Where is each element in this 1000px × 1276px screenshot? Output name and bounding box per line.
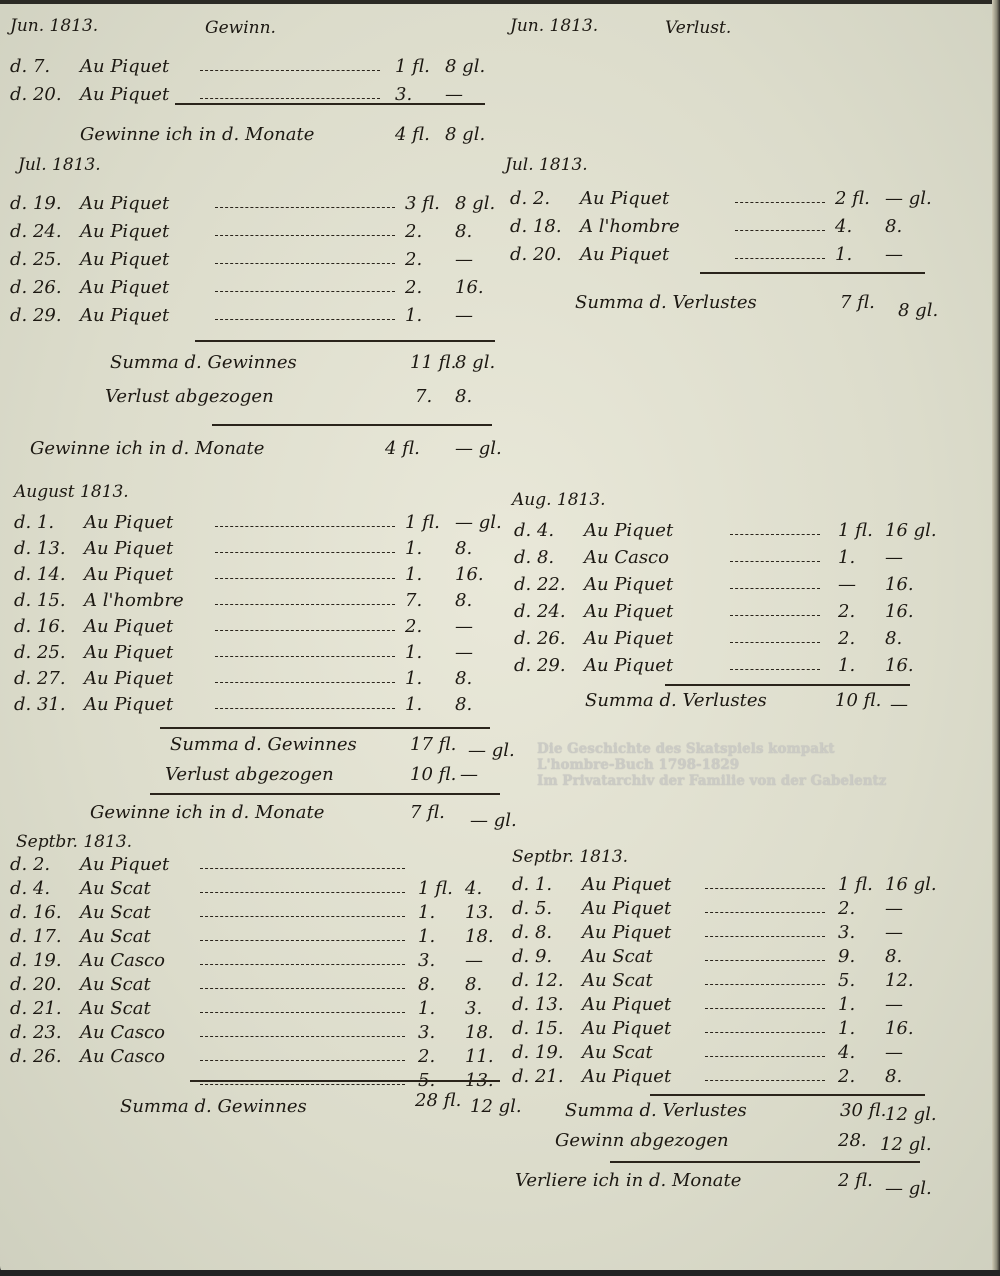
row-game: Au Casco [80, 1046, 210, 1067]
row-date: d. 2. [10, 854, 80, 875]
row-gulden: 1 fl. [838, 520, 873, 541]
page-top-edge [0, 0, 1000, 4]
row-date: d. 29. [514, 655, 584, 676]
row-game: Au Piquet [580, 244, 710, 265]
ledger-row: d. 19.Au Scat [512, 1042, 712, 1066]
ditto-dashes [705, 1080, 825, 1081]
sum-fl: 17 fl. [410, 734, 456, 755]
ditto-dashes [200, 1060, 405, 1061]
month-heading: Jun. 1813. [10, 16, 98, 36]
row-date: d. 20. [10, 974, 80, 995]
row-gulden: 1. [405, 642, 422, 663]
ledger-row: d. 18.A l'hombre [510, 216, 710, 240]
sum-fl: 10 fl. [835, 690, 881, 711]
row-gulden: 2. [405, 221, 422, 242]
row-gulden: 8. [418, 974, 435, 995]
ledger-row: d. 21.Au Scat [10, 998, 210, 1022]
sum-label: Summa d. Gewinnes [170, 734, 357, 755]
ditto-dashes [200, 868, 405, 869]
total-gr: 8 gl. [445, 124, 485, 145]
row-groschen: 16. [885, 601, 914, 622]
page-right-edge [992, 0, 1000, 1276]
row-groschen: 8. [455, 538, 472, 559]
ledger-row: d. 31.Au Piquet [14, 694, 214, 718]
ledger-row: d. 23.Au Casco [10, 1022, 210, 1046]
row-date: d. 20. [510, 244, 580, 265]
watermark-line: Im Privatarchiv der Familie von der Gabe… [537, 773, 886, 789]
row-gulden: 1. [405, 694, 422, 715]
row-game: Au Scat [582, 970, 712, 991]
row-date: d. 15. [14, 590, 84, 611]
ledger-row: d. 2.Au Piquet [10, 854, 210, 878]
row-game: Au Piquet [84, 642, 214, 663]
ditto-dashes [215, 604, 395, 605]
row-groschen: 8. [885, 628, 902, 649]
ditto-dashes [215, 578, 395, 579]
row-game: Au Piquet [582, 1066, 712, 1087]
row-date: d. 9. [512, 946, 582, 967]
sum-fl: 28 fl. [415, 1090, 461, 1111]
ledger-row: d. 15.A l'hombre [14, 590, 214, 614]
row-gulden: 2. [838, 898, 855, 919]
row-date: d. 19. [10, 193, 80, 214]
row-groschen: 4. [465, 878, 482, 899]
row-gulden: 1 fl. [405, 512, 440, 533]
row-date: d. 26. [10, 277, 80, 298]
row-gulden: 3. [418, 950, 435, 971]
ditto-dashes [200, 940, 405, 941]
row-groschen: 8. [455, 590, 472, 611]
rule [150, 793, 500, 795]
ledger-row [10, 1070, 210, 1094]
total-fl: 4 fl. [385, 438, 420, 459]
row-groschen: 8 gl. [455, 193, 495, 214]
row-groschen: — gl. [885, 188, 932, 209]
row-groschen: — [455, 305, 473, 326]
row-date: d. 16. [10, 902, 80, 923]
row-groschen: — [885, 994, 903, 1015]
month-heading: Jun. 1813. [510, 16, 598, 36]
total-fl: 7 fl. [410, 802, 445, 823]
ledger-row: d. 29.Au Piquet [10, 305, 210, 329]
ditto-dashes [730, 588, 820, 589]
ditto-dashes [200, 916, 405, 917]
row-gulden: 1. [838, 1018, 855, 1039]
row-groschen: — [885, 244, 903, 265]
row-groschen: 12. [885, 970, 914, 991]
ledger-row: d. 19.Au Casco [10, 950, 210, 974]
row-game: Au Piquet [80, 305, 210, 326]
ditto-dashes [735, 202, 825, 203]
row-date: d. 27. [14, 668, 84, 689]
row-gulden: 2. [838, 1066, 855, 1087]
row-date: d. 17. [10, 926, 80, 947]
row-gulden: 1. [418, 902, 435, 923]
ditto-dashes [215, 630, 395, 631]
row-date: d. 4. [10, 878, 80, 899]
row-gulden: 5. [838, 970, 855, 991]
row-date: d. 21. [512, 1066, 582, 1087]
row-groschen: 8 gl. [445, 56, 485, 77]
row-date: d. 22. [514, 574, 584, 595]
row-gulden: 9. [838, 946, 855, 967]
row-date: d. 31. [14, 694, 84, 715]
row-game: Au Piquet [584, 655, 714, 676]
row-gulden: — [838, 574, 856, 595]
ledger-row: d. 24.Au Piquet [10, 221, 210, 245]
row-gulden: 1. [405, 564, 422, 585]
ledger-row: d. 5.Au Piquet [512, 898, 712, 922]
ledger-row: d. 8.Au Piquet [512, 922, 712, 946]
sum-gr: 12 gl. [470, 1096, 522, 1117]
sum-fl: 30 fl. [840, 1100, 886, 1121]
row-game: Au Piquet [84, 512, 214, 533]
row-gulden: 1. [405, 305, 422, 326]
row-date: d. 1. [512, 874, 582, 895]
ledger-row: d. 22.Au Piquet [514, 574, 714, 598]
row-game: Au Piquet [84, 538, 214, 559]
ledger-row: d. 26.Au Piquet [10, 277, 210, 301]
ledger-row: d. 2.Au Piquet [510, 188, 710, 212]
row-date: d. 1. [14, 512, 84, 533]
row-groschen: — gl. [455, 512, 502, 533]
rule [700, 272, 925, 274]
rule [190, 1080, 500, 1082]
ditto-dashes [705, 1056, 825, 1057]
ditto-dashes [730, 615, 820, 616]
row-gulden: 2. [838, 628, 855, 649]
row-gulden: 2. [405, 249, 422, 270]
ditto-dashes [200, 1084, 405, 1085]
row-groschen: — [465, 950, 483, 971]
ledger-row: d. 4.Au Scat [10, 878, 210, 902]
ledger-row: d. 26.Au Piquet [514, 628, 714, 652]
ledger-row: d. 12.Au Scat [512, 970, 712, 994]
deduct-gr: 8. [455, 386, 472, 407]
ditto-dashes [735, 258, 825, 259]
deduct-fl: 10 fl. [410, 764, 456, 785]
row-date: d. 25. [10, 249, 80, 270]
row-date: d. 7. [10, 56, 80, 77]
row-game: Au Piquet [80, 249, 210, 270]
row-groschen: 8. [455, 221, 472, 242]
ledger-row: d. 13.Au Piquet [14, 538, 214, 562]
row-game: Au Piquet [80, 56, 210, 77]
row-game: Au Piquet [580, 188, 710, 209]
ditto-dashes [730, 534, 820, 535]
ditto-dashes [215, 552, 395, 553]
ledger-row: d. 26.Au Casco [10, 1046, 210, 1070]
row-gulden: 3. [418, 1022, 435, 1043]
row-gulden: 3 fl. [405, 193, 440, 214]
row-groschen: — [885, 1042, 903, 1063]
ditto-dashes [215, 235, 395, 236]
ledger-row: d. 16.Au Scat [10, 902, 210, 926]
sum-label: Summa d. Verlustes [565, 1100, 747, 1121]
row-game: Au Casco [80, 950, 210, 971]
row-game: Au Piquet [582, 994, 712, 1015]
ditto-dashes [215, 207, 395, 208]
ledger-row: d. 27.Au Piquet [14, 668, 214, 692]
row-gulden: 2 fl. [835, 188, 870, 209]
row-game: Au Scat [80, 974, 210, 995]
row-game: Au Piquet [582, 1018, 712, 1039]
column-title-loss: Verlust. [665, 18, 731, 38]
ledger-row: d. 19.Au Piquet [10, 193, 210, 217]
ledger-row: d. 9.Au Scat [512, 946, 712, 970]
ditto-dashes [215, 656, 395, 657]
ledger-row: d. 1.Au Piquet [14, 512, 214, 536]
rule [160, 727, 490, 729]
row-date: d. 24. [514, 601, 584, 622]
row-groschen: 8. [885, 216, 902, 237]
total-label: Gewinne ich in d. Monate [90, 802, 324, 823]
ditto-dashes [215, 263, 395, 264]
ditto-dashes [730, 669, 820, 670]
row-gulden: 1. [835, 244, 852, 265]
total-label: Gewinne ich in d. Monate [30, 438, 264, 459]
deduct-fl: 28. [838, 1130, 867, 1151]
row-game: Au Casco [584, 547, 714, 568]
row-date: d. 8. [512, 922, 582, 943]
row-game: Au Scat [582, 946, 712, 967]
row-date: d. 13. [14, 538, 84, 559]
row-gulden: 2. [405, 277, 422, 298]
rule [195, 340, 495, 342]
row-game: Au Piquet [80, 277, 210, 298]
row-groschen: 13. [465, 902, 494, 923]
row-groschen: 16. [455, 277, 484, 298]
row-groschen: 18. [465, 926, 494, 947]
ledger-row: d. 15.Au Piquet [512, 1018, 712, 1042]
row-game: Au Piquet [582, 922, 712, 943]
ledger-row: d. 20.Au Scat [10, 974, 210, 998]
row-game: Au Piquet [584, 601, 714, 622]
ditto-dashes [215, 291, 395, 292]
ledger-row: d. 20.Au Piquet [510, 244, 710, 268]
ditto-dashes [200, 1036, 405, 1037]
sum-fl: 7 fl. [840, 292, 875, 313]
ditto-dashes [730, 561, 820, 562]
row-game: Au Piquet [584, 574, 714, 595]
row-game: Au Casco [80, 1022, 210, 1043]
row-gulden: 7. [405, 590, 422, 611]
row-gulden: 1. [838, 994, 855, 1015]
row-groschen: — [885, 898, 903, 919]
sum-gr: 12 gl. [885, 1104, 937, 1125]
ditto-dashes [215, 319, 395, 320]
row-gulden: 1. [405, 668, 422, 689]
ditto-dashes [705, 936, 825, 937]
row-gulden: 1. [838, 655, 855, 676]
row-gulden: 1. [418, 998, 435, 1019]
ditto-dashes [200, 892, 405, 893]
ledger-row: d. 4.Au Piquet [514, 520, 714, 544]
row-game: Au Scat [80, 926, 210, 947]
row-game: Au Scat [80, 878, 210, 899]
row-gulden: 1. [838, 547, 855, 568]
row-groschen: — [885, 547, 903, 568]
sum-label: Summa d. Verlustes [585, 690, 767, 711]
month-heading: Septbr. 1813. [16, 832, 132, 852]
row-gulden: 4. [838, 1042, 855, 1063]
total-gr: — gl. [885, 1178, 932, 1199]
ledger-row: d. 29.Au Piquet [514, 655, 714, 679]
month-heading: Septbr. 1813. [512, 847, 628, 867]
ledger-row: d. 25.Au Piquet [14, 642, 214, 666]
row-date: d. 20. [10, 84, 80, 105]
row-groschen: 3. [465, 998, 482, 1019]
row-game: Au Scat [80, 998, 210, 1019]
row-groschen: 16. [885, 574, 914, 595]
row-game: A l'hombre [84, 590, 214, 611]
row-date: d. 19. [512, 1042, 582, 1063]
sum-fl: 11 fl. [410, 352, 456, 373]
row-gulden: 4. [835, 216, 852, 237]
row-date: d. 12. [512, 970, 582, 991]
row-groschen: 16 gl. [885, 520, 937, 541]
total-fl: 2 fl. [838, 1170, 873, 1191]
row-game: Au Piquet [80, 193, 210, 214]
watermark-line: Die Geschichte des Skatspiels kompakt [537, 741, 886, 757]
row-groschen: — [455, 642, 473, 663]
row-date: d. 21. [10, 998, 80, 1019]
ledger-page: Jun. 1813. Gewinn. d. 7.Au Piquet1 fl.8 … [0, 0, 1000, 1276]
row-game: Au Piquet [84, 616, 214, 637]
row-groschen: 8. [465, 974, 482, 995]
ditto-dashes [200, 70, 380, 71]
row-date: d. 26. [10, 1046, 80, 1067]
ledger-row: d. 1.Au Piquet [512, 874, 712, 898]
ledger-row: d. 24.Au Piquet [514, 601, 714, 625]
row-groschen: 16. [885, 655, 914, 676]
row-date: d. 18. [510, 216, 580, 237]
ditto-dashes [705, 960, 825, 961]
row-date: d. 2. [510, 188, 580, 209]
total-fl: 4 fl. [395, 124, 430, 145]
row-groschen: — [455, 249, 473, 270]
ditto-dashes [705, 1008, 825, 1009]
row-date: d. 13. [512, 994, 582, 1015]
row-date: d. 16. [14, 616, 84, 637]
ditto-dashes [200, 964, 405, 965]
row-game: Au Piquet [582, 898, 712, 919]
ditto-dashes [705, 984, 825, 985]
row-groschen: 8. [885, 1066, 902, 1087]
row-date: d. 15. [512, 1018, 582, 1039]
row-date: d. 23. [10, 1022, 80, 1043]
row-gulden: 1 fl. [418, 878, 453, 899]
column-title-gain: Gewinn. [205, 18, 276, 38]
row-groschen: 11. [465, 1046, 494, 1067]
ditto-dashes [200, 1012, 405, 1013]
row-gulden: 2. [838, 601, 855, 622]
row-game: Au Piquet [80, 221, 210, 242]
row-game: Au Piquet [84, 668, 214, 689]
row-date: d. 29. [10, 305, 80, 326]
rule [665, 684, 910, 686]
row-date: d. 24. [10, 221, 80, 242]
ledger-row: d. 16.Au Piquet [14, 616, 214, 640]
row-date: d. 5. [512, 898, 582, 919]
row-date: d. 19. [10, 950, 80, 971]
watermark-line: L'hombre-Buch 1798-1829 [537, 757, 886, 773]
ledger-row: d. 13.Au Piquet [512, 994, 712, 1018]
rule [175, 103, 485, 105]
deduct-gr: — [460, 764, 478, 785]
ditto-dashes [730, 642, 820, 643]
row-groschen: 18. [465, 1022, 494, 1043]
ditto-dashes [735, 230, 825, 231]
row-game: Au Piquet [80, 854, 210, 875]
row-date: d. 26. [514, 628, 584, 649]
row-game: Au Piquet [84, 564, 214, 585]
row-game: Au Scat [582, 1042, 712, 1063]
row-groschen: — [885, 922, 903, 943]
row-gulden: 3. [395, 84, 412, 105]
row-game: Au Piquet [584, 628, 714, 649]
row-game: Au Scat [80, 902, 210, 923]
row-gulden: 2. [405, 616, 422, 637]
row-groschen: 16 gl. [885, 874, 937, 895]
rule [610, 1161, 920, 1163]
deduct-label: Verlust abgezogen [165, 764, 334, 785]
row-date: d. 14. [14, 564, 84, 585]
ledger-row: d. 7.Au Piquet [10, 56, 210, 80]
ditto-dashes [705, 1032, 825, 1033]
total-label: Gewinne ich in d. Monate [80, 124, 314, 145]
total-label: Verliere ich in d. Monate [515, 1170, 741, 1191]
row-gulden: 1. [405, 538, 422, 559]
row-date: d. 8. [514, 547, 584, 568]
row-gulden: 1. [418, 926, 435, 947]
total-gr: — gl. [455, 438, 502, 459]
sum-gr: 8 gl. [898, 300, 938, 321]
ledger-row: d. 21.Au Piquet [512, 1066, 712, 1090]
row-groschen: — [445, 84, 463, 105]
row-gulden: 3. [838, 922, 855, 943]
month-heading: Jul. 1813. [18, 155, 101, 175]
archive-watermark: Die Geschichte des Skatspiels kompakt L'… [537, 741, 886, 789]
row-groschen: 8. [455, 694, 472, 715]
ditto-dashes [215, 708, 395, 709]
deduct-label: Gewinn abgezogen [555, 1130, 729, 1151]
row-gulden: 2. [418, 1046, 435, 1067]
ledger-row: d. 8.Au Casco [514, 547, 714, 571]
row-game: Au Piquet [80, 84, 210, 105]
rule [212, 424, 492, 426]
row-game: Au Piquet [584, 520, 714, 541]
row-date: d. 25. [14, 642, 84, 663]
ditto-dashes [200, 98, 380, 99]
row-game: Au Piquet [84, 694, 214, 715]
ditto-dashes [215, 682, 395, 683]
row-gulden: 1 fl. [838, 874, 873, 895]
row-groschen: 16. [885, 1018, 914, 1039]
row-groschen: 8. [885, 946, 902, 967]
row-gulden: 1 fl. [395, 56, 430, 77]
ditto-dashes [200, 988, 405, 989]
month-heading: Aug. 1813. [512, 490, 606, 510]
sum-label: Summa d. Gewinnes [120, 1096, 307, 1117]
row-groschen: 8. [455, 668, 472, 689]
row-date: d. 4. [514, 520, 584, 541]
ledger-row: d. 14.Au Piquet [14, 564, 214, 588]
ledger-row: d. 25.Au Piquet [10, 249, 210, 273]
ledger-row: d. 17.Au Scat [10, 926, 210, 950]
sum-label: Summa d. Gewinnes [110, 352, 297, 373]
row-game: A l'hombre [580, 216, 710, 237]
